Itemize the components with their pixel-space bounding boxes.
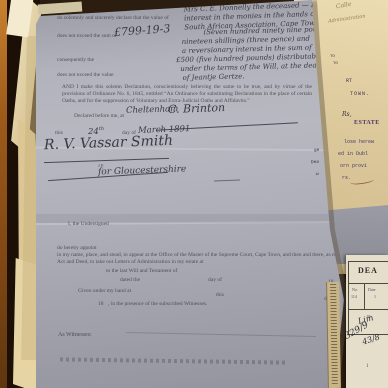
card-col-no: No. xyxy=(352,286,358,293)
year-18-label: 18 xyxy=(98,301,104,308)
form-line-value: does not exceed the value xyxy=(57,72,114,79)
stamp-fragment: w xyxy=(316,172,319,177)
undersigned-label: I, the Undersigned xyxy=(68,221,109,228)
card-rule xyxy=(364,283,365,309)
will-line: to the last Will and Testament of xyxy=(106,268,177,275)
binding-strip xyxy=(326,282,341,388)
card-no-value: 114 xyxy=(351,293,357,300)
side-handwriting: Rs, xyxy=(342,110,352,119)
stamp-fragment: TO xyxy=(333,62,338,66)
card-foot-number: 1 xyxy=(366,363,369,370)
presence-of-witnesses-label: , in the presence of the subscribed Witn… xyxy=(108,301,207,308)
death-register-card: DEA No. 114 Date 1 18 Lim 329/9 43/8 1 xyxy=(346,255,388,388)
stamp-fragment: TO xyxy=(330,55,335,59)
stamp-fragment: TOWN. xyxy=(350,91,370,97)
card-rule xyxy=(348,283,388,284)
stamp-fragment: ge xyxy=(314,148,320,153)
handwritten-amount-words: (Seven hundred ninety nine pounds ninete… xyxy=(181,25,331,83)
document-page: do solemnly and sincerely declare that t… xyxy=(36,0,346,388)
side-handwriting: Administration xyxy=(328,13,366,24)
card-title: DEA xyxy=(358,266,378,275)
card-rule xyxy=(348,309,388,310)
illegible-footnote xyxy=(60,357,288,364)
dated-the-label: dated the xyxy=(120,277,140,284)
estate-label: ESTATE xyxy=(354,120,380,126)
stamp-fragment: RT xyxy=(346,78,352,84)
appoint-label: do hereby appoint xyxy=(57,245,97,252)
typed-line: orn provi xyxy=(340,163,367,169)
power-paragraph: in my name, place, and stead, to appear … xyxy=(57,252,339,266)
archival-document-photo: Calle Administration TO TO RT TOWN. Rs, … xyxy=(0,0,388,388)
form-line-declare: do solemnly and sincerely declare that t… xyxy=(57,15,169,22)
deponent-signature: R. V. Vassar Smith xyxy=(44,137,173,150)
binding-strip-text xyxy=(330,284,338,384)
form-line-consequently: consequently the xyxy=(57,57,94,64)
typed-line: rs. xyxy=(342,175,351,181)
signature-underline xyxy=(44,158,169,163)
this-label: this xyxy=(216,292,224,299)
day-of-label: day of xyxy=(208,277,222,284)
card-col-date: Date xyxy=(368,286,376,293)
handwritten-amount: £799-19-3 xyxy=(114,24,171,37)
as-witnesses-label: As Witnesses: xyxy=(58,332,92,339)
pen-curve-mark xyxy=(350,176,375,185)
side-handwriting: Calle xyxy=(336,1,353,11)
given-under-hand-label: Given under my hand at xyxy=(78,288,131,295)
typed-line: ed in Dubl xyxy=(338,151,368,157)
magistrate-signature: C. Brinton xyxy=(168,103,225,114)
faint-pen-line xyxy=(126,332,316,337)
page-corner-sliver xyxy=(38,1,83,14)
stamp-fragment: Dea xyxy=(311,160,319,166)
declared-before-label: Declared before me, at xyxy=(74,113,124,120)
pen-dash xyxy=(214,180,240,182)
typed-line: lose herew xyxy=(344,139,374,145)
form-line-sum: does not exceed the sum of xyxy=(57,33,117,40)
card-date-value: 1 xyxy=(374,293,376,300)
